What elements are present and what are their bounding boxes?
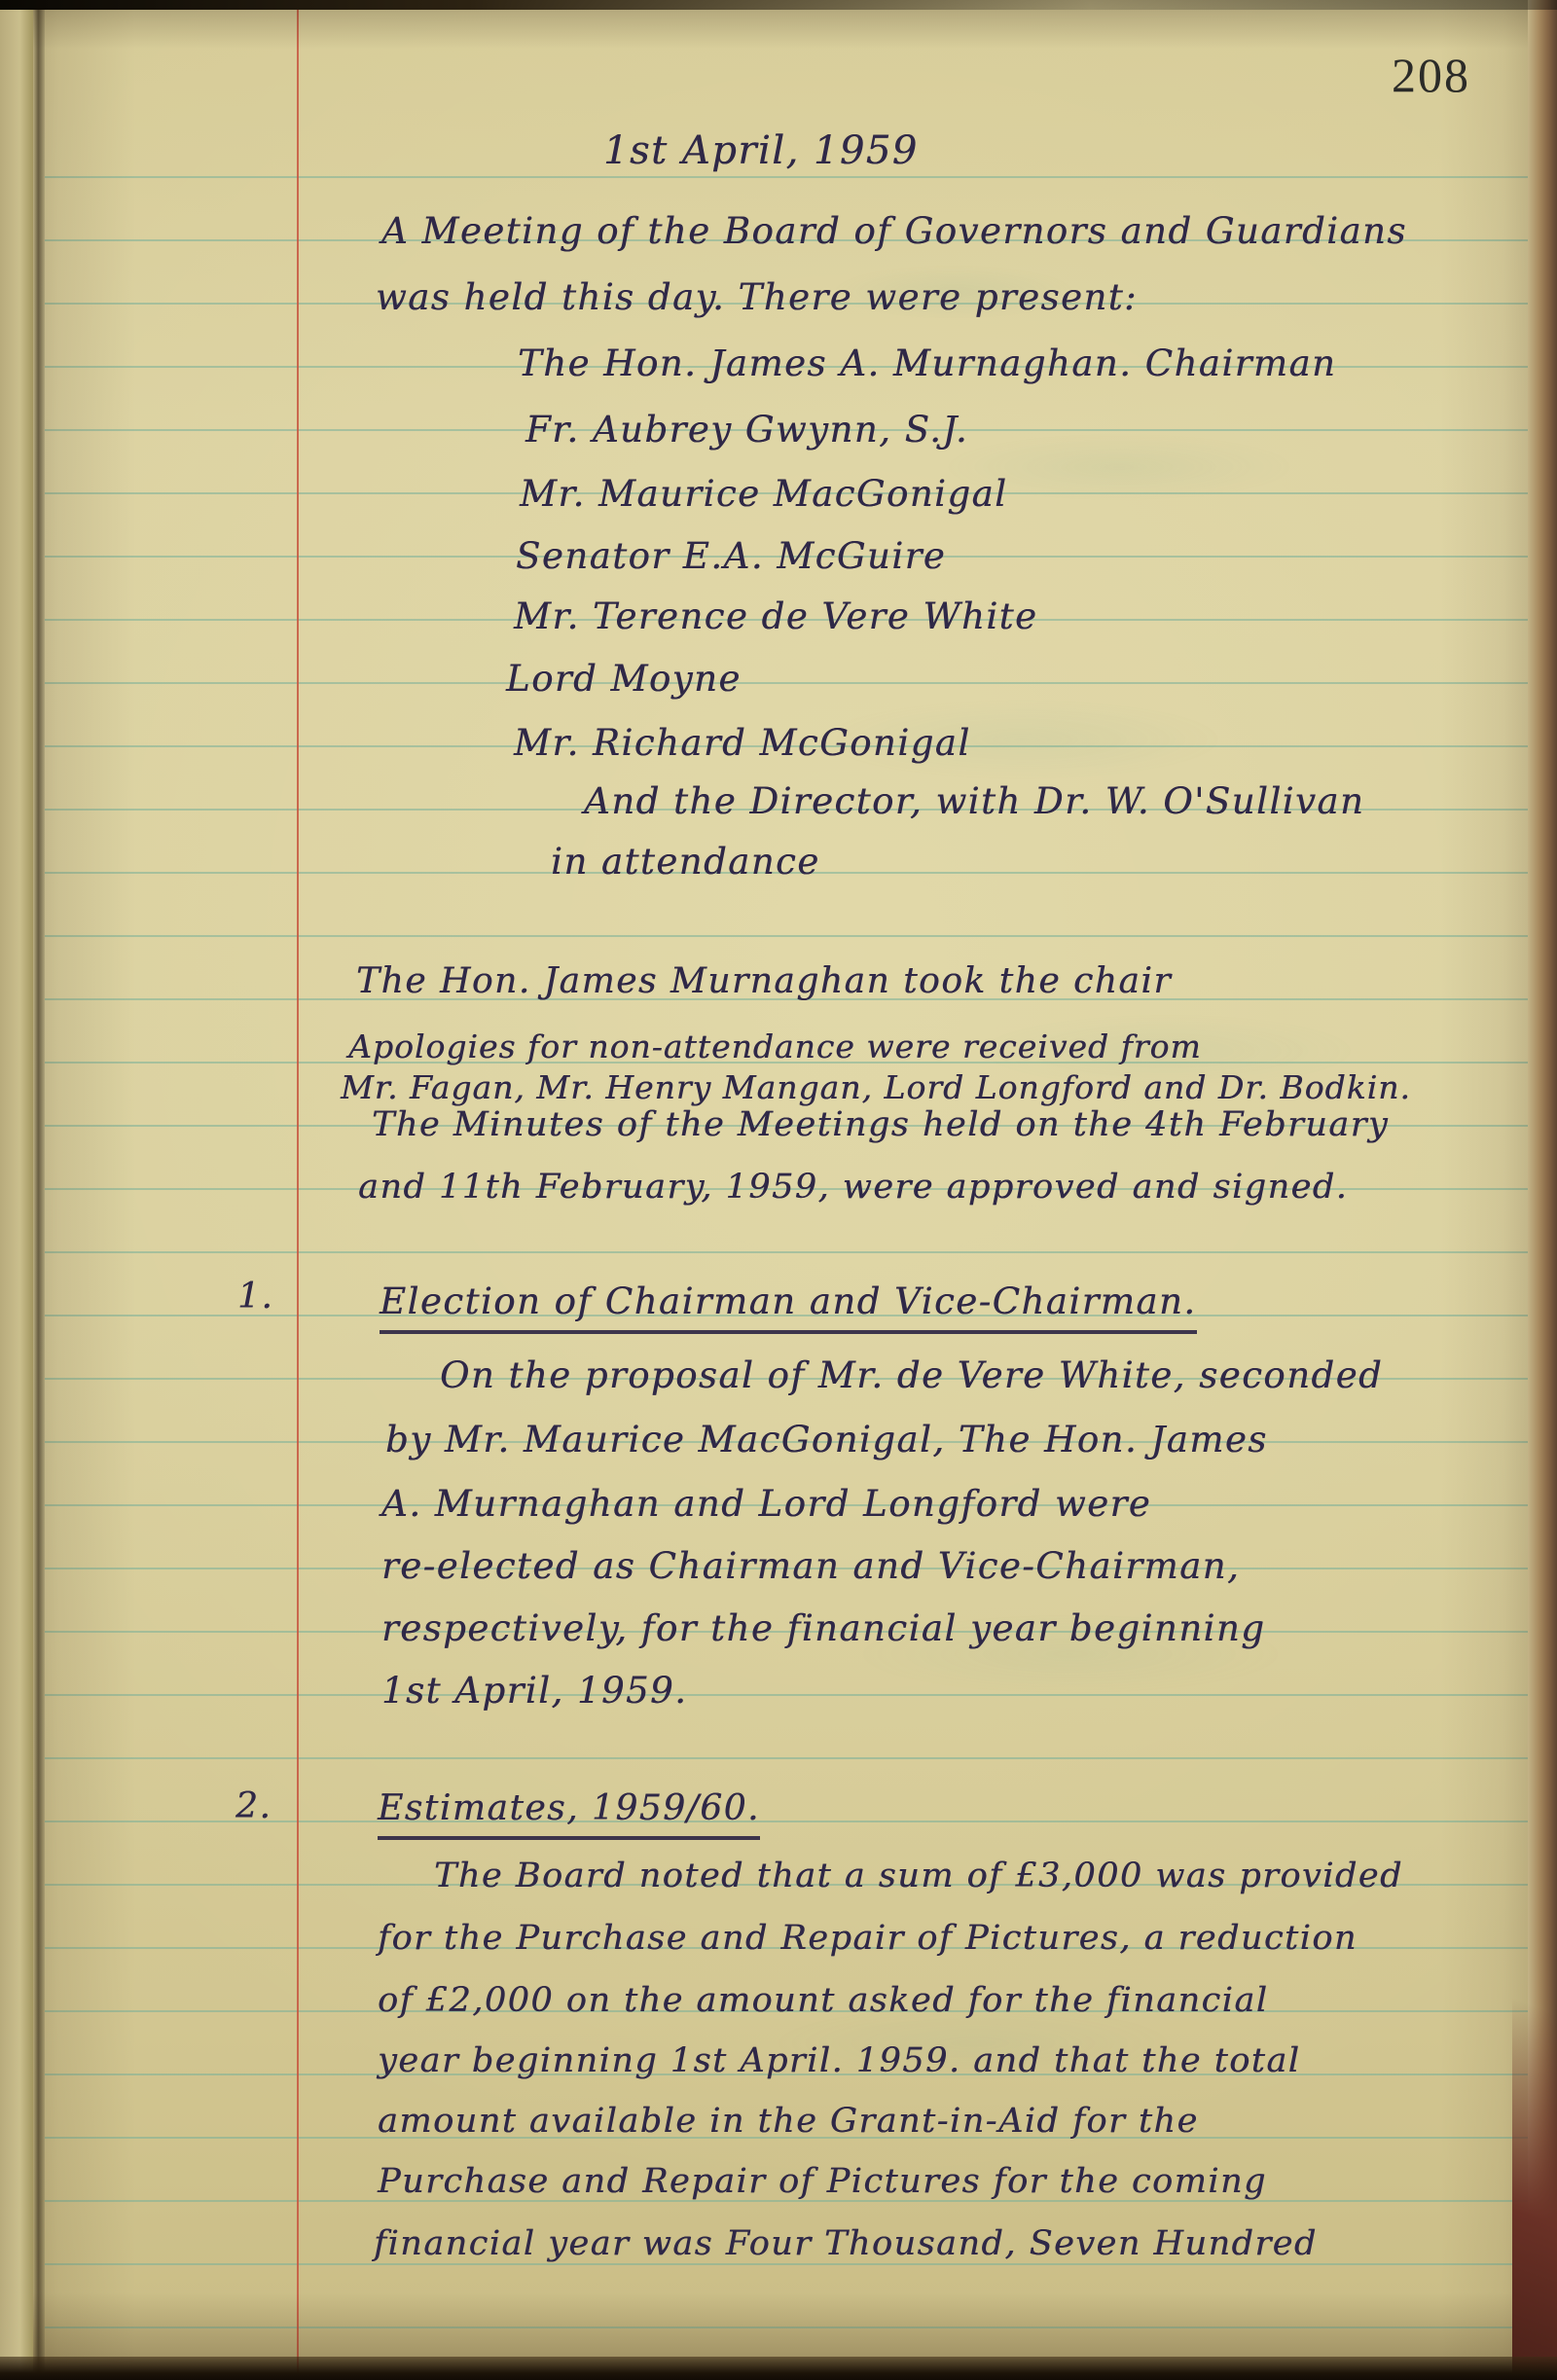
red-margin-line: [297, 0, 299, 2380]
chair-note-line: The Hon. James Murnaghan took the chair: [356, 961, 1172, 1001]
item-number: 2.: [235, 1786, 272, 1826]
minute-book-page: 208 1st April, 1959 A Meeting of the Boa…: [0, 0, 1557, 2380]
item-body-line: The Board noted that a sum of £3,000 was…: [434, 1857, 1403, 1895]
opening-line: was held this day. There were present:: [376, 276, 1138, 318]
item-body-line: amount available in the Grant-in-Aid for…: [378, 2102, 1199, 2141]
item-body-line: Purchase and Repair of Pictures for the …: [378, 2162, 1267, 2201]
gutter-shadow: [33, 0, 45, 2380]
minute-book-scan: 208 1st April, 1959 A Meeting of the Boa…: [0, 0, 1557, 2380]
attendee-line: Senator E.A. McGuire: [516, 535, 946, 577]
minutes-line: The Minutes of the Meetings held on the …: [372, 1105, 1389, 1144]
apologies-line: Apologies for non-attendance were receiv…: [348, 1028, 1202, 1065]
minutes-line: and 11th February, 1959, were approved a…: [358, 1168, 1348, 1207]
page-number: 208: [1392, 47, 1470, 103]
item-body-line: financial year was Four Thousand, Seven …: [374, 2224, 1318, 2263]
item-body-line: On the proposal of Mr. de Vere White, se…: [440, 1354, 1383, 1396]
attendee-line: And the Director, with Dr. W. O'Sullivan: [584, 780, 1364, 822]
book-bottom-edge: [0, 2357, 1557, 2380]
attendee-line: in attendance: [551, 841, 820, 883]
item-body-line: A. Murnaghan and Lord Longford were: [381, 1483, 1151, 1525]
item-heading: Estimates, 1959/60.: [378, 1788, 760, 1840]
previous-page-edge: [0, 0, 33, 2380]
item-body-line: respectively, for the financial year beg…: [381, 1607, 1265, 1649]
attendee-line: Lord Moyne: [506, 658, 742, 700]
opening-line: A Meeting of the Board of Governors and …: [381, 210, 1407, 252]
item-number: 1.: [237, 1277, 273, 1316]
item-body-line: 1st April, 1959.: [381, 1670, 687, 1712]
attendee-line: Mr. Terence de Vere White: [514, 595, 1037, 637]
attendee-line: Mr. Richard McGonigal: [514, 722, 971, 764]
item-body-line: year beginning 1st April. 1959. and that…: [378, 2041, 1300, 2080]
item-heading: Election of Chairman and Vice-Chairman.: [380, 1280, 1197, 1334]
item-body-line: re-elected as Chairman and Vice-Chairman…: [381, 1545, 1240, 1587]
date-heading: 1st April, 1959: [603, 128, 919, 173]
attendee-line: The Hon. James A. Murnaghan. Chairman: [518, 343, 1336, 384]
book-top-edge: [0, 0, 1557, 10]
attendee-line: Mr. Maurice MacGonigal: [520, 473, 1007, 515]
attendee-line: Fr. Aubrey Gwynn, S.J.: [525, 409, 968, 451]
book-cover-corner: [1512, 1971, 1557, 2380]
item-body-line: by Mr. Maurice MacGonigal, The Hon. Jame…: [385, 1419, 1268, 1460]
item-body-line: of £2,000 on the amount asked for the fi…: [378, 1981, 1268, 2020]
item-body-line: for the Purchase and Repair of Pictures,…: [378, 1919, 1358, 1958]
apologies-line: Mr. Fagan, Mr. Henry Mangan, Lord Longfo…: [341, 1068, 1411, 1106]
